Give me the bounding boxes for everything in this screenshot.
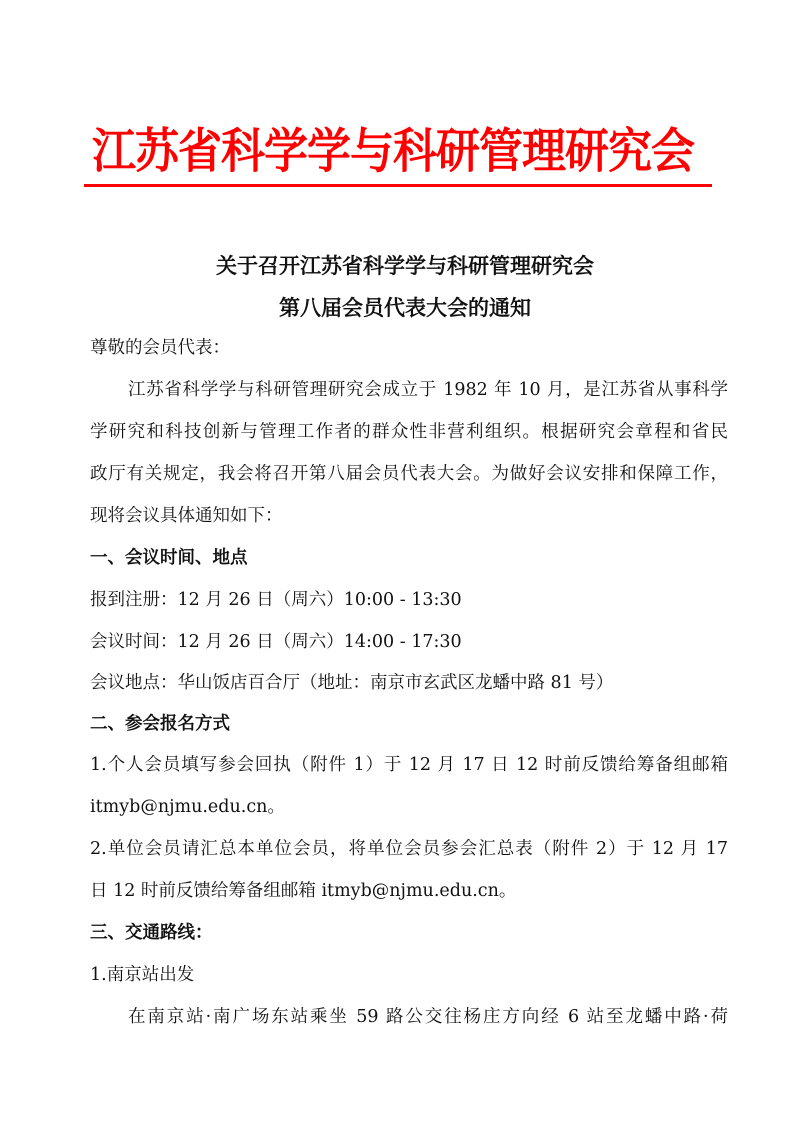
route-nanjing-station-text: 在南京站·南广场东站乘坐 59 路公交往杨庄方向经 6 站至龙蟠中路·荷	[128, 1005, 728, 1029]
red-divider	[84, 184, 712, 187]
meeting-venue: 会议地点：华山饭店百合厅（地址：南京市玄武区龙蟠中路 81 号）	[90, 671, 613, 695]
section3-heading: 三、交通路线：	[90, 921, 213, 945]
route-nanjing-station-heading: 1.南京站出发	[90, 963, 194, 987]
org-letterhead-title: 江苏省科学学与科研管理研究会	[92, 118, 712, 187]
registration-time: 报到注册：12 月 26 日（周六）10:00 - 13:30	[90, 588, 462, 612]
section1-heading: 一、会议时间、地点	[90, 546, 248, 570]
intro-line-2: 学研究和科技创新与管理工作者的群众性非营利组织。根据研究会章程和省民	[90, 420, 728, 444]
intro-line-4: 现将会议具体通知如下：	[90, 504, 283, 528]
registration-item1-email[interactable]: itmyb@njmu.edu.cn。	[90, 795, 285, 819]
intro-line-1: 江苏省科学学与科研管理研究会成立于 1982 年 10 月，是江苏省从事科学	[128, 378, 728, 402]
intro-line-3: 政厅有关规定，我会将召开第八届会员代表大会。为做好会议安排和保障工作，	[90, 462, 728, 486]
salutation: 尊敬的会员代表：	[90, 336, 230, 360]
section2-heading: 二、参会报名方式	[90, 712, 230, 736]
notice-title-line1: 关于召开江苏省科学学与科研管理研究会	[5, 250, 800, 280]
registration-item2-line2[interactable]: 日 12 时前反馈给筹备组邮箱 itmyb@njmu.edu.cn。	[90, 879, 516, 903]
registration-item1-line1: 1.个人会员填写参会回执（附件 1）于 12 月 17 日 12 时前反馈给筹备…	[90, 753, 728, 777]
meeting-time: 会议时间：12 月 26 日（周六）14:00 - 17:30	[90, 630, 462, 654]
notice-title-line2: 第八届会员代表大会的通知	[5, 292, 800, 322]
registration-item2-line1: 2.单位会员请汇总本单位会员，将单位会员参会汇总表（附件 2）于 12 月 17	[90, 837, 728, 861]
